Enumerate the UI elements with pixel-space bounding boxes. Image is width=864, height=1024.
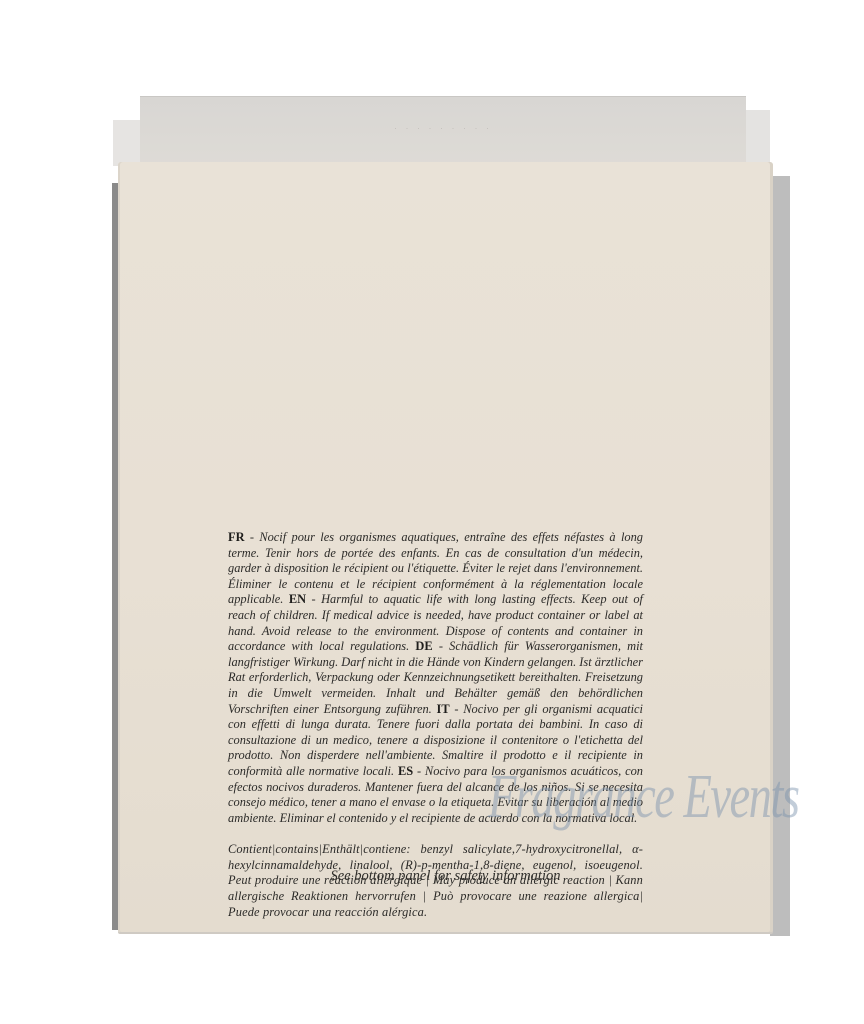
lang-code-en: EN (289, 592, 306, 606)
lid-side-left (113, 120, 141, 166)
box-front-panel: FR - Nocif pour les organismes aquatique… (118, 162, 773, 932)
lang-code-it: IT (437, 702, 450, 716)
lang-code-de: DE (415, 639, 432, 653)
box-right-edge (770, 176, 790, 936)
box-lid: · · · · · · · · · (140, 96, 746, 167)
safety-note: See bottom panel for safety information (118, 868, 773, 885)
lid-embossed-logo: · · · · · · · · · (140, 123, 746, 133)
lang-code-fr: FR (228, 530, 245, 544)
lang-code-es: ES (398, 764, 413, 778)
lid-side-right (746, 110, 770, 166)
hazard-warnings: FR - Nocif pour les organismes aquatique… (228, 530, 643, 826)
